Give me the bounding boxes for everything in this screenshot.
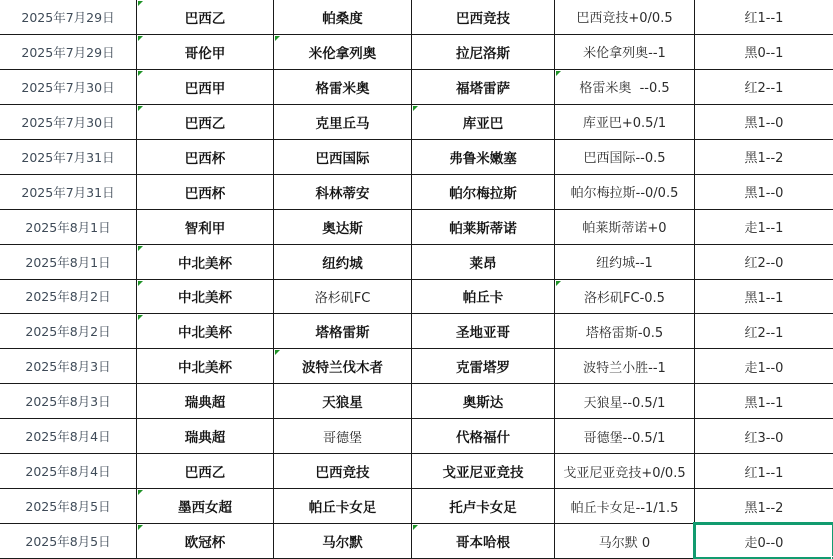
text-error-indicator-triangle-icon <box>556 281 561 286</box>
match-results-table: 2025年7月29日 巴西乙 帕桑度 巴西竞技 巴西竞技+0/0.5 红1--1… <box>0 0 833 559</box>
cell-home-team[interactable]: 巴西竞技 <box>274 454 412 489</box>
cell-away-team[interactable]: 奥斯达 <box>412 384 555 419</box>
cell-result[interactable]: 红2--1 <box>695 314 833 349</box>
cell-away-team[interactable]: 莱昂 <box>412 245 555 280</box>
cell-result[interactable]: 黑1--0 <box>695 175 833 210</box>
table-row: 2025年8月3日 中北美杯 波特兰伐木者 克雷塔罗 波特兰小胜--1 走1--… <box>0 349 833 384</box>
cell-home-team[interactable]: 帕桑度 <box>274 0 412 35</box>
cell-handicap[interactable]: 格雷米奥 --0.5 <box>555 70 695 105</box>
cell-league[interactable]: 中北美杯 <box>137 245 274 280</box>
table-row: 2025年8月4日 巴西乙 巴西竞技 戈亚尼亚竞技 戈亚尼亚竞技+0/0.5 红… <box>0 454 833 489</box>
table-row: 2025年8月1日 中北美杯 纽约城 莱昂 纽约城--1 红2--0 <box>0 245 833 280</box>
table-row: 2025年7月31日 巴西杯 巴西国际 弗鲁米嫩塞 巴西国际--0.5 黑1--… <box>0 140 833 175</box>
text-error-indicator-triangle-icon <box>413 525 418 530</box>
cell-date[interactable]: 2025年8月3日 <box>0 349 137 384</box>
cell-league[interactable]: 中北美杯 <box>137 280 274 315</box>
cell-league[interactable]: 巴西杯 <box>137 175 274 210</box>
cell-away-team[interactable]: 拉尼洛斯 <box>412 35 555 70</box>
cell-league[interactable]: 中北美杯 <box>137 314 274 349</box>
cell-result[interactable]: 红1--1 <box>695 0 833 35</box>
cell-league[interactable]: 智利甲 <box>137 210 274 245</box>
cell-league[interactable]: 巴西乙 <box>137 454 274 489</box>
table-row: 2025年7月30日 巴西甲 格雷米奥 福塔雷萨 格雷米奥 --0.5 红2--… <box>0 70 833 105</box>
text-error-indicator-triangle-icon <box>138 1 143 6</box>
cell-result[interactable]: 走1--0 <box>695 349 833 384</box>
table-row: 2025年7月29日 哥伦甲 米伦拿列奥 拉尼洛斯 米伦拿列奥--1 黑0--1 <box>0 35 833 70</box>
cell-result[interactable]: 黑1--1 <box>695 280 833 315</box>
cell-league[interactable]: 瑞典超 <box>137 419 274 454</box>
cell-date[interactable]: 2025年8月4日 <box>0 454 137 489</box>
cell-away-team[interactable]: 巴西竞技 <box>412 0 555 35</box>
table-row: 2025年7月29日 巴西乙 帕桑度 巴西竞技 巴西竞技+0/0.5 红1--1 <box>0 0 833 35</box>
cell-handicap[interactable]: 巴西国际--0.5 <box>555 140 695 175</box>
text-error-indicator-triangle-icon <box>138 36 143 41</box>
cell-date[interactable]: 2025年7月30日 <box>0 105 137 140</box>
spreadsheet: 2025年7月29日 巴西乙 帕桑度 巴西竞技 巴西竞技+0/0.5 红1--1… <box>0 0 833 559</box>
cell-date[interactable]: 2025年7月31日 <box>0 175 137 210</box>
cell-league[interactable]: 巴西乙 <box>137 105 274 140</box>
cell-result[interactable]: 红2--0 <box>695 245 833 280</box>
cell-date[interactable]: 2025年8月4日 <box>0 419 137 454</box>
cell-league[interactable]: 瑞典超 <box>137 384 274 419</box>
table-row: 2025年8月3日 瑞典超 天狼星 奥斯达 天狼星--0.5/1 黑1--1 <box>0 384 833 419</box>
text-error-indicator-triangle-icon <box>138 315 143 320</box>
cell-away-team[interactable]: 帕丘卡 <box>412 280 555 315</box>
cell-home-team[interactable]: 米伦拿列奥 <box>274 35 412 70</box>
cell-handicap[interactable]: 洛杉矶FC-0.5 <box>555 280 695 315</box>
cell-home-team[interactable]: 巴西国际 <box>274 140 412 175</box>
cell-away-team[interactable]: 哥本哈根 <box>412 524 555 559</box>
cell-league[interactable]: 墨西女超 <box>137 489 274 524</box>
cell-handicap[interactable]: 塔格雷斯-0.5 <box>555 314 695 349</box>
cell-home-team[interactable]: 格雷米奥 <box>274 70 412 105</box>
table-row: 2025年8月2日 中北美杯 塔格雷斯 圣地亚哥 塔格雷斯-0.5 红2--1 <box>0 314 833 349</box>
cell-league[interactable]: 巴西杯 <box>137 140 274 175</box>
cell-result[interactable]: 红2--1 <box>695 70 833 105</box>
table-row: 2025年8月2日 中北美杯 洛杉矶FC 帕丘卡 洛杉矶FC-0.5 黑1--1 <box>0 280 833 315</box>
table-row: 2025年7月31日 巴西杯 科林蒂安 帕尔梅拉斯 帕尔梅拉斯--0/0.5 黑… <box>0 175 833 210</box>
cell-away-team[interactable]: 戈亚尼亚竞技 <box>412 454 555 489</box>
cell-handicap[interactable]: 巴西竞技+0/0.5 <box>555 0 695 35</box>
cell-home-team[interactable]: 科林蒂安 <box>274 175 412 210</box>
text-error-indicator-triangle-icon <box>138 106 143 111</box>
cell-away-team[interactable]: 圣地亚哥 <box>412 314 555 349</box>
cell-away-team[interactable]: 弗鲁米嫩塞 <box>412 140 555 175</box>
cell-away-team[interactable]: 库亚巴 <box>412 105 555 140</box>
cell-handicap[interactable]: 帕莱斯蒂诺+0 <box>555 210 695 245</box>
cell-handicap[interactable]: 纽约城--1 <box>555 245 695 280</box>
cell-home-team[interactable]: 哥德堡 <box>274 419 412 454</box>
cell-handicap[interactable]: 库亚巴+0.5/1 <box>555 105 695 140</box>
cell-result[interactable]: 红3--0 <box>695 419 833 454</box>
cell-date[interactable]: 2025年8月5日 <box>0 489 137 524</box>
cell-home-team[interactable]: 奥达斯 <box>274 210 412 245</box>
text-error-indicator-triangle-icon <box>138 246 143 251</box>
cell-handicap[interactable]: 米伦拿列奥--1 <box>555 35 695 70</box>
text-error-indicator-triangle-icon <box>138 71 143 76</box>
cell-handicap[interactable]: 天狼星--0.5/1 <box>555 384 695 419</box>
cell-result[interactable]: 黑1--1 <box>695 384 833 419</box>
cell-date[interactable]: 2025年8月2日 <box>0 280 137 315</box>
cell-away-team[interactable]: 托卢卡女足 <box>412 489 555 524</box>
text-error-indicator-triangle-icon <box>556 71 561 76</box>
cell-handicap[interactable]: 戈亚尼亚竞技+0/0.5 <box>555 454 695 489</box>
table-row: 2025年8月1日 智利甲 奥达斯 帕莱斯蒂诺 帕莱斯蒂诺+0 走1--1 <box>0 210 833 245</box>
cell-home-team[interactable]: 马尔默 <box>274 524 412 559</box>
cell-handicap[interactable]: 马尔默 0 <box>555 524 695 559</box>
cell-league[interactable]: 中北美杯 <box>137 349 274 384</box>
cell-date[interactable]: 2025年7月31日 <box>0 140 137 175</box>
text-error-indicator-triangle-icon <box>275 350 280 355</box>
cell-handicap[interactable]: 波特兰小胜--1 <box>555 349 695 384</box>
text-error-indicator-triangle-icon <box>138 525 143 530</box>
table-row: 2025年8月5日 墨西女超 帕丘卡女足 托卢卡女足 帕丘卡女足--1/1.5 … <box>0 489 833 524</box>
cell-date[interactable]: 2025年8月1日 <box>0 210 137 245</box>
cell-home-team[interactable]: 波特兰伐木者 <box>274 349 412 384</box>
cell-home-team[interactable]: 天狼星 <box>274 384 412 419</box>
text-error-indicator-triangle-icon <box>138 490 143 495</box>
cell-date[interactable]: 2025年8月2日 <box>0 314 137 349</box>
table-row: 2025年8月5日 欧冠杯 马尔默 哥本哈根 马尔默 0 走0--0 <box>0 524 833 559</box>
cell-league[interactable]: 欧冠杯 <box>137 524 274 559</box>
cell-away-team[interactable]: 帕莱斯蒂诺 <box>412 210 555 245</box>
cell-home-team[interactable]: 洛杉矶FC <box>274 280 412 315</box>
cell-league[interactable]: 巴西乙 <box>137 0 274 35</box>
cell-result[interactable]: 红1--1 <box>695 454 833 489</box>
cell-result[interactable]: 走0--0 <box>695 524 833 559</box>
cell-league[interactable]: 哥伦甲 <box>137 35 274 70</box>
cell-date[interactable]: 2025年8月1日 <box>0 245 137 280</box>
cell-away-team[interactable]: 帕尔梅拉斯 <box>412 175 555 210</box>
cell-home-team[interactable]: 克里丘马 <box>274 105 412 140</box>
cell-handicap[interactable]: 帕尔梅拉斯--0/0.5 <box>555 175 695 210</box>
cell-date[interactable]: 2025年8月5日 <box>0 524 137 559</box>
cell-result[interactable]: 走1--1 <box>695 210 833 245</box>
cell-date[interactable]: 2025年7月30日 <box>0 70 137 105</box>
cell-away-team[interactable]: 福塔雷萨 <box>412 70 555 105</box>
cell-handicap[interactable]: 哥德堡--0.5/1 <box>555 419 695 454</box>
cell-home-team[interactable]: 帕丘卡女足 <box>274 489 412 524</box>
table-row: 2025年7月30日 巴西乙 克里丘马 库亚巴 库亚巴+0.5/1 黑1--0 <box>0 105 833 140</box>
cell-date[interactable]: 2025年8月3日 <box>0 384 137 419</box>
cell-date[interactable]: 2025年7月29日 <box>0 0 137 35</box>
cell-league[interactable]: 巴西甲 <box>137 70 274 105</box>
cell-result[interactable]: 黑1--2 <box>695 140 833 175</box>
text-error-indicator-triangle-icon <box>413 106 418 111</box>
cell-handicap[interactable]: 帕丘卡女足--1/1.5 <box>555 489 695 524</box>
text-error-indicator-triangle-icon <box>275 36 280 41</box>
cell-away-team[interactable]: 代格福什 <box>412 419 555 454</box>
text-error-indicator-triangle-icon <box>138 281 143 286</box>
cell-result[interactable]: 黑1--0 <box>695 105 833 140</box>
cell-date[interactable]: 2025年7月29日 <box>0 35 137 70</box>
cell-home-team[interactable]: 塔格雷斯 <box>274 314 412 349</box>
cell-away-team[interactable]: 克雷塔罗 <box>412 349 555 384</box>
cell-result[interactable]: 黑0--1 <box>695 35 833 70</box>
cell-home-team[interactable]: 纽约城 <box>274 245 412 280</box>
table-row: 2025年8月4日 瑞典超 哥德堡 代格福什 哥德堡--0.5/1 红3--0 <box>0 419 833 454</box>
cell-result[interactable]: 黑1--2 <box>695 489 833 524</box>
